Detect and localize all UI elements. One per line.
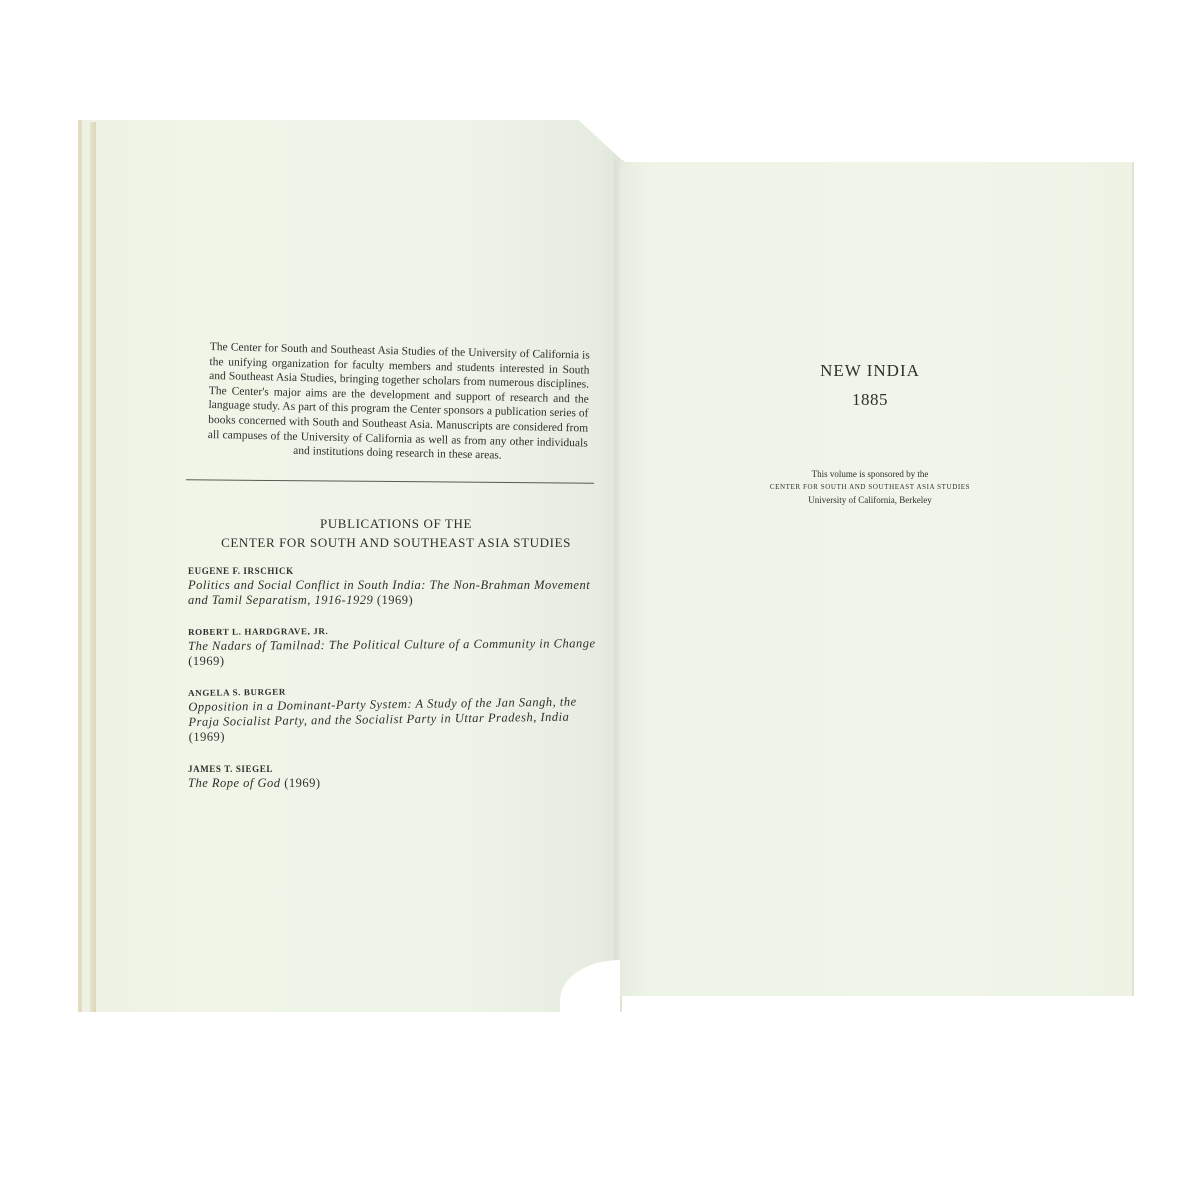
publication-item: EUGENE F. IRSCHICK Politics and Social C… bbox=[188, 565, 598, 608]
publication-title: Politics and Social Conflict in South In… bbox=[188, 578, 598, 608]
sponsor-line: This volume is sponsored by the bbox=[740, 468, 1000, 481]
publication-title: The Rope of God (1969) bbox=[188, 776, 598, 791]
book-title: NEW INDIA bbox=[740, 360, 1000, 382]
publication-item: JAMES T. SIEGEL The Rope of God (1969) bbox=[188, 763, 598, 791]
publications-list: EUGENE F. IRSCHICK Politics and Social C… bbox=[188, 565, 598, 809]
publication-author: JAMES T. SIEGEL bbox=[188, 763, 598, 776]
publication-item: ROBERT L. HARDGRAVE, JR. The Nadars of T… bbox=[188, 623, 598, 669]
publication-title: The Nadars of Tamilnad: The Political Cu… bbox=[188, 636, 598, 669]
publications-heading-line2: CENTER FOR SOUTH AND SOUTHEAST ASIA STUD… bbox=[186, 533, 606, 552]
publication-item: ANGELA S. BURGER Opposition in a Dominan… bbox=[188, 681, 599, 745]
title-page: NEW INDIA 1885 This volume is sponsored … bbox=[740, 360, 1000, 507]
sponsor-university: University of California, Berkeley bbox=[740, 494, 1000, 507]
sponsor-note: This volume is sponsored by the CENTER F… bbox=[740, 468, 1000, 507]
publication-author: EUGENE F. IRSCHICK bbox=[188, 565, 598, 578]
right-page bbox=[620, 162, 1134, 996]
publications-heading: PUBLICATIONS OF THE CENTER FOR SOUTH AND… bbox=[186, 514, 606, 552]
publications-heading-line1: PUBLICATIONS OF THE bbox=[186, 514, 606, 533]
book-year: 1885 bbox=[740, 390, 1000, 410]
publication-title: Opposition in a Dominant-Party System: A… bbox=[188, 694, 599, 745]
sponsor-center: CENTER FOR SOUTH AND SOUTHEAST ASIA STUD… bbox=[740, 481, 1000, 494]
center-description: The Center for South and Southeast Asia … bbox=[207, 340, 590, 465]
page-block-edge bbox=[90, 122, 96, 1012]
